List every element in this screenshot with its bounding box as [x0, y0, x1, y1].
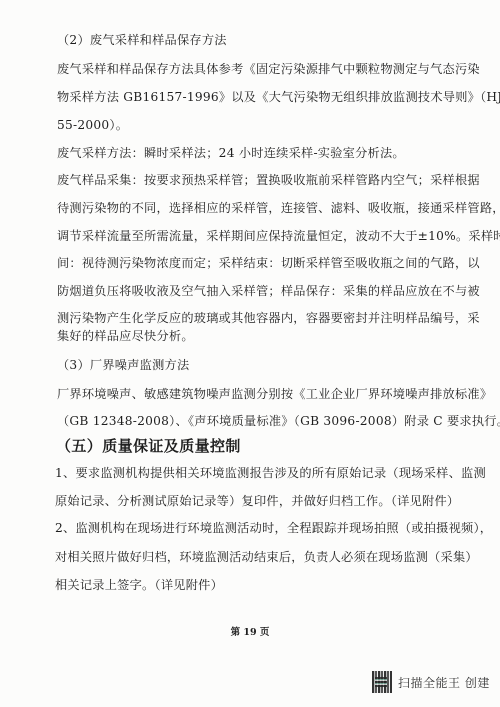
subsection-heading: （3）厂界噪声监测方法 [57, 358, 189, 372]
watermark-text: 扫描全能王 创建 [398, 674, 490, 691]
text-line: 集好的样品应尽快分析。 [57, 329, 194, 343]
scanner-watermark: 扫描全能王 创建 [372, 671, 490, 693]
text-line: 原始记录、分析测试原始记录等）复印件，并做好归档工作。（详见附件） [55, 494, 459, 508]
text-line: 对相关照片做好归档，环境监测活动结束后，负责人必须在现场监测（采集） [55, 550, 478, 564]
text-line: 待测污染物的不同，选择相应的采样管，连接管、滤料、吸收瓶，接通采样管路， [57, 201, 500, 215]
text-line: 2、监测机构在现场进行环境监测活动时，全程跟踪并现场拍照（或拍摄视频）， [55, 521, 492, 535]
document-page: （2）废气采样和样品保存方法废气采样和样品保存方法具体参考《固定污染源排气中颗粒… [0, 0, 500, 707]
text-line: 相关记录上签字。（详见附件） [55, 578, 223, 592]
text-line: 废气采样方法：瞬时采样法；24 小时连续采样-实验室分析法。 [57, 146, 405, 160]
page-number: 第 19 页 [0, 624, 500, 638]
text-line: 调节采样流量至所需流量，采样期间应保持流量恒定，波动不大于±10%。采样时 [57, 229, 500, 243]
text-line: 1、要求监测机构提供相关环境监测报告涉及的所有原始记录（现场采样、监测 [55, 466, 486, 480]
text-line: 废气样品采集：按要求预热采样管；置换吸收瓶前采样管路内空气；采样根据 [57, 173, 480, 187]
text-line: 厂界环境噪声、敏感建筑物噪声监测分别按《工业企业厂界环境噪声排放标准》 [57, 387, 492, 401]
subsection-heading: （2）废气采样和样品保存方法 [57, 33, 227, 47]
text-line: 防烟道负压将吸收液及空气抽入采样管；样品保存：采集的样品应放在不与被 [57, 284, 480, 298]
qr-code-icon [372, 671, 392, 693]
text-line: （GB 12348-2008）、《声环境质量标准》（GB 3096-2008）附… [57, 414, 500, 428]
section-heading: （五）质量保证及质量控制 [56, 439, 241, 453]
text-line: 间：视待测污染物浓度而定；采样结束：切断采样管至吸收瓶之间的气路，以 [57, 256, 480, 270]
text-line: 55-2000）。 [57, 118, 128, 132]
text-line: 物采样方法 GB16157-1996》以及《大气污染物无组织排放监测技术导则》（… [57, 90, 500, 104]
text-line: 废气采样和样品保存方法具体参考《固定污染源排气中颗粒物测定与气态污染 [57, 62, 480, 76]
text-line: 测污染物产生化学反应的玻璃或其他容器内，容器要密封并注明样品编号，采 [57, 311, 480, 325]
